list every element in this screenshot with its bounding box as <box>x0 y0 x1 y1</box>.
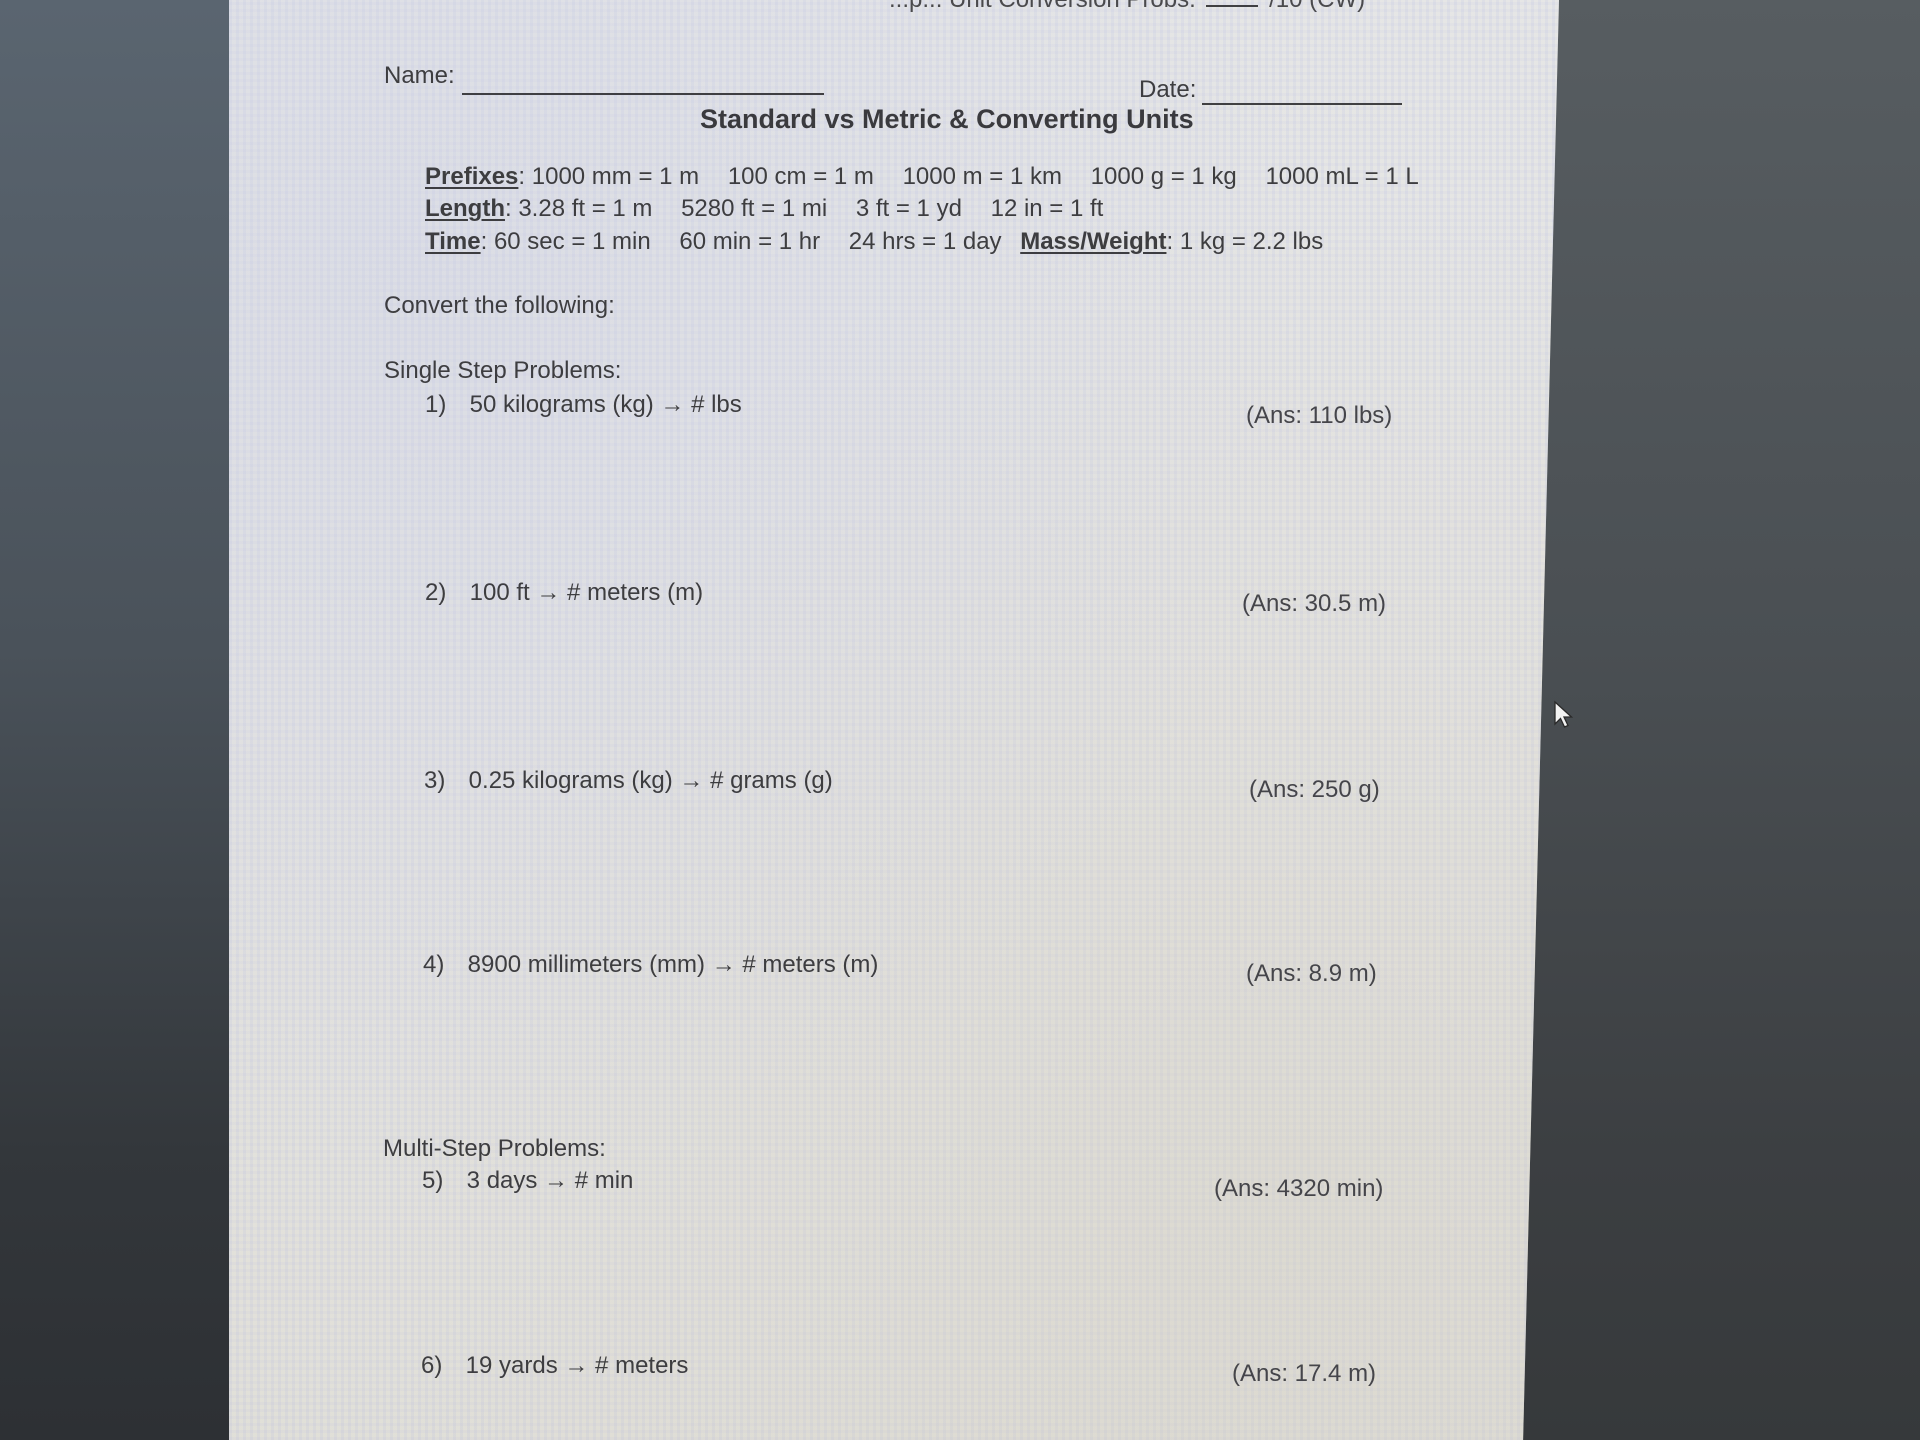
score-header-total: /10 (CW) <box>1269 0 1365 13</box>
name-blank-line <box>462 93 824 95</box>
section-heading-multi-step: Multi-Step Problems: <box>383 1135 606 1163</box>
problem-text: 8900 millimeters (mm) → # meters (m) <box>468 951 879 978</box>
mass-item: 1 kg = 2.2 lbs <box>1180 228 1323 255</box>
date-blank-line <box>1202 103 1402 105</box>
date-label: Date: <box>1139 76 1196 104</box>
length-item: 3 ft = 1 yd <box>856 195 962 222</box>
problem-6: 6) 19 yards → # meters <box>421 1352 688 1380</box>
problem-text: 3 days → # min <box>467 1167 634 1194</box>
length-label: Length <box>425 195 505 222</box>
problem-number: 4) <box>423 951 461 979</box>
length-item: 3.28 ft = 1 m <box>518 195 652 222</box>
prefix-item: 100 cm = 1 m <box>728 163 874 190</box>
answer-1: (Ans: 110 lbs) <box>1246 402 1392 430</box>
problem-2: 2) 100 ft → # meters (m) <box>425 579 703 607</box>
reference-length: Length: 3.28 ft = 1 m 5280 ft = 1 mi 3 f… <box>425 195 1103 223</box>
problem-3: 3) 0.25 kilograms (kg) → # grams (g) <box>424 767 833 795</box>
problem-1: 1) 50 kilograms (kg) → # lbs <box>425 391 742 419</box>
mass-label: Mass/Weight <box>1020 228 1166 255</box>
mouse-pointer-icon <box>1553 700 1575 730</box>
instructions: Convert the following: <box>384 292 615 320</box>
score-header-label: ...p... Unit Conversion Probs: <box>889 0 1196 13</box>
problem-text: 100 ft → # meters (m) <box>470 579 703 606</box>
prefix-item: 1000 m = 1 km <box>903 163 1062 190</box>
section-heading-single-step: Single Step Problems: <box>384 357 621 385</box>
problem-5: 5) 3 days → # min <box>422 1167 633 1195</box>
problem-number: 1) <box>425 391 463 419</box>
length-item: 5280 ft = 1 mi <box>681 195 827 222</box>
prefix-item: 1000 mL = 1 L <box>1265 163 1418 190</box>
monitor-background-right <box>1520 0 1920 1440</box>
problem-text: 19 yards → # meters <box>466 1352 689 1379</box>
time-label: Time <box>425 228 481 255</box>
reference-prefixes: Prefixes: 1000 mm = 1 m 100 cm = 1 m 100… <box>425 163 1419 191</box>
problem-text: 50 kilograms (kg) → # lbs <box>470 391 742 418</box>
problem-text: 0.25 kilograms (kg) → # grams (g) <box>469 767 833 794</box>
answer-3: (Ans: 250 g) <box>1249 776 1380 804</box>
problem-number: 2) <box>425 579 463 607</box>
prefix-item: 1000 mm = 1 m <box>532 163 699 190</box>
problem-4: 4) 8900 millimeters (mm) → # meters (m) <box>423 951 878 979</box>
monitor-background-left <box>0 0 229 1440</box>
prefix-item: 1000 g = 1 kg <box>1091 163 1237 190</box>
problem-number: 3) <box>424 767 462 795</box>
reference-time-mass: Time: 60 sec = 1 min 60 min = 1 hr 24 hr… <box>425 228 1323 256</box>
time-item: 60 min = 1 hr <box>679 228 820 255</box>
answer-6: (Ans: 17.4 m) <box>1232 1360 1376 1388</box>
answer-4: (Ans: 8.9 m) <box>1246 960 1377 988</box>
name-label: Name: <box>384 62 455 90</box>
page-title: Standard vs Metric & Converting Units <box>700 104 1194 135</box>
answer-2: (Ans: 30.5 m) <box>1242 590 1386 618</box>
score-blank-line <box>1206 5 1258 7</box>
score-header-partial: ...p... Unit Conversion Probs: /10 (CW) <box>889 0 1365 14</box>
prefixes-label: Prefixes <box>425 163 518 190</box>
problem-number: 5) <box>422 1167 460 1195</box>
problem-number: 6) <box>421 1352 459 1380</box>
time-item: 60 sec = 1 min <box>494 228 651 255</box>
answer-5: (Ans: 4320 min) <box>1214 1175 1383 1203</box>
worksheet-page: ...p... Unit Conversion Probs: /10 (CW) … <box>229 0 1559 1440</box>
time-item: 24 hrs = 1 day <box>849 228 1002 255</box>
length-item: 12 in = 1 ft <box>991 195 1104 222</box>
